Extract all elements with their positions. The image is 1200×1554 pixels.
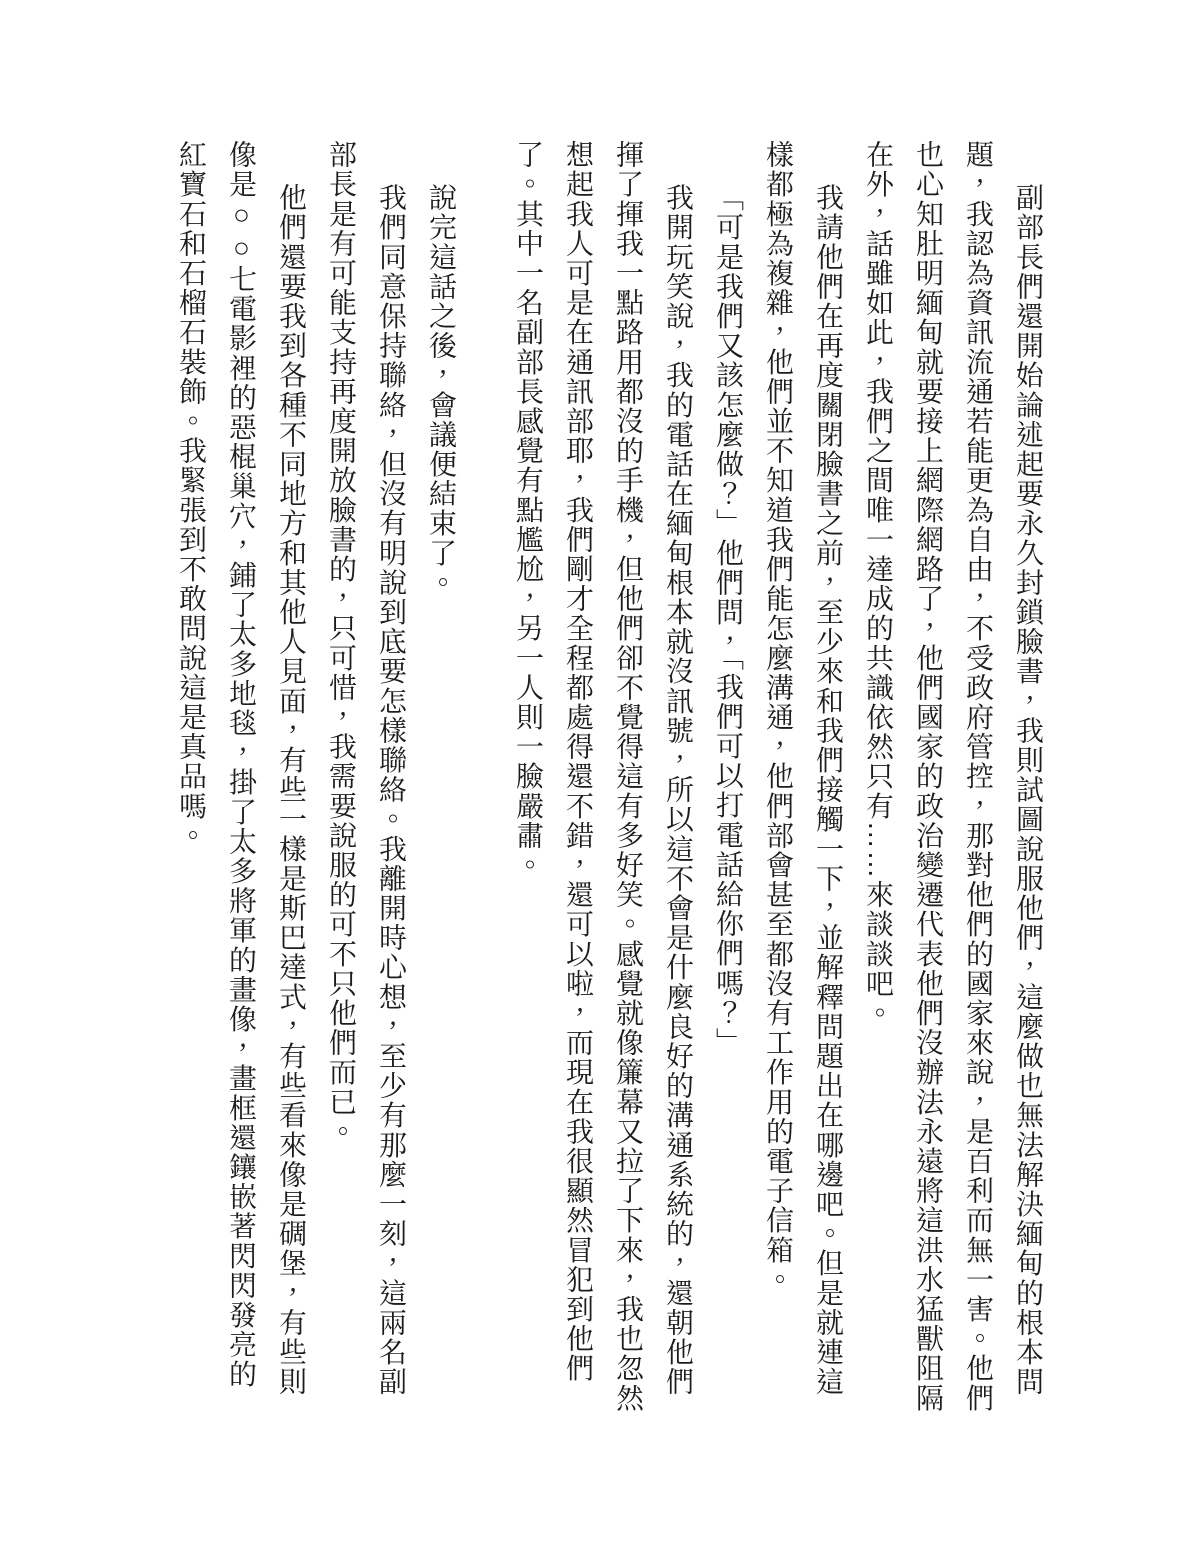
paragraph-7: 他們還要我到各種不同地方和其他人見面，有些一樣是斯巴達式，有些看來像是碉堡，有些… [166,140,316,1418]
paragraph-3-dialogue: 「可是我們又該怎麼做？」他們問，「我們可以打電話給你們嗎？」 [703,140,753,1418]
paragraph-2: 我請他們在再度關閉臉書之前，至少來和我們接觸一下，並解釋問題出在哪邊吧。但是就連… [753,140,853,1418]
book-page: 副部長們還開始論述起要永久封鎖臉書，我則試圖說服他們，這麼做也無法解決緬甸的根本… [0,0,1200,1554]
body-text: 副部長們還開始論述起要永久封鎖臉書，我則試圖說服他們，這麼做也無法解決緬甸的根本… [166,140,1053,1418]
paragraph-6: 我們同意保持聯絡，但沒有明說到底要怎樣聯絡。我離開時心想，至少有那麼一刻，這兩名… [316,140,416,1418]
paragraph-4: 我開玩笑說，我的電話在緬甸根本就沒訊號，所以這不會是什麼良好的溝通系統的，還朝他… [503,140,703,1418]
paragraph-1: 副部長們還開始論述起要永久封鎖臉書，我則試圖說服他們，這麼做也無法解決緬甸的根本… [853,140,1053,1418]
paragraph-5: 說完這話之後，會議便結束了。 [416,140,466,1418]
